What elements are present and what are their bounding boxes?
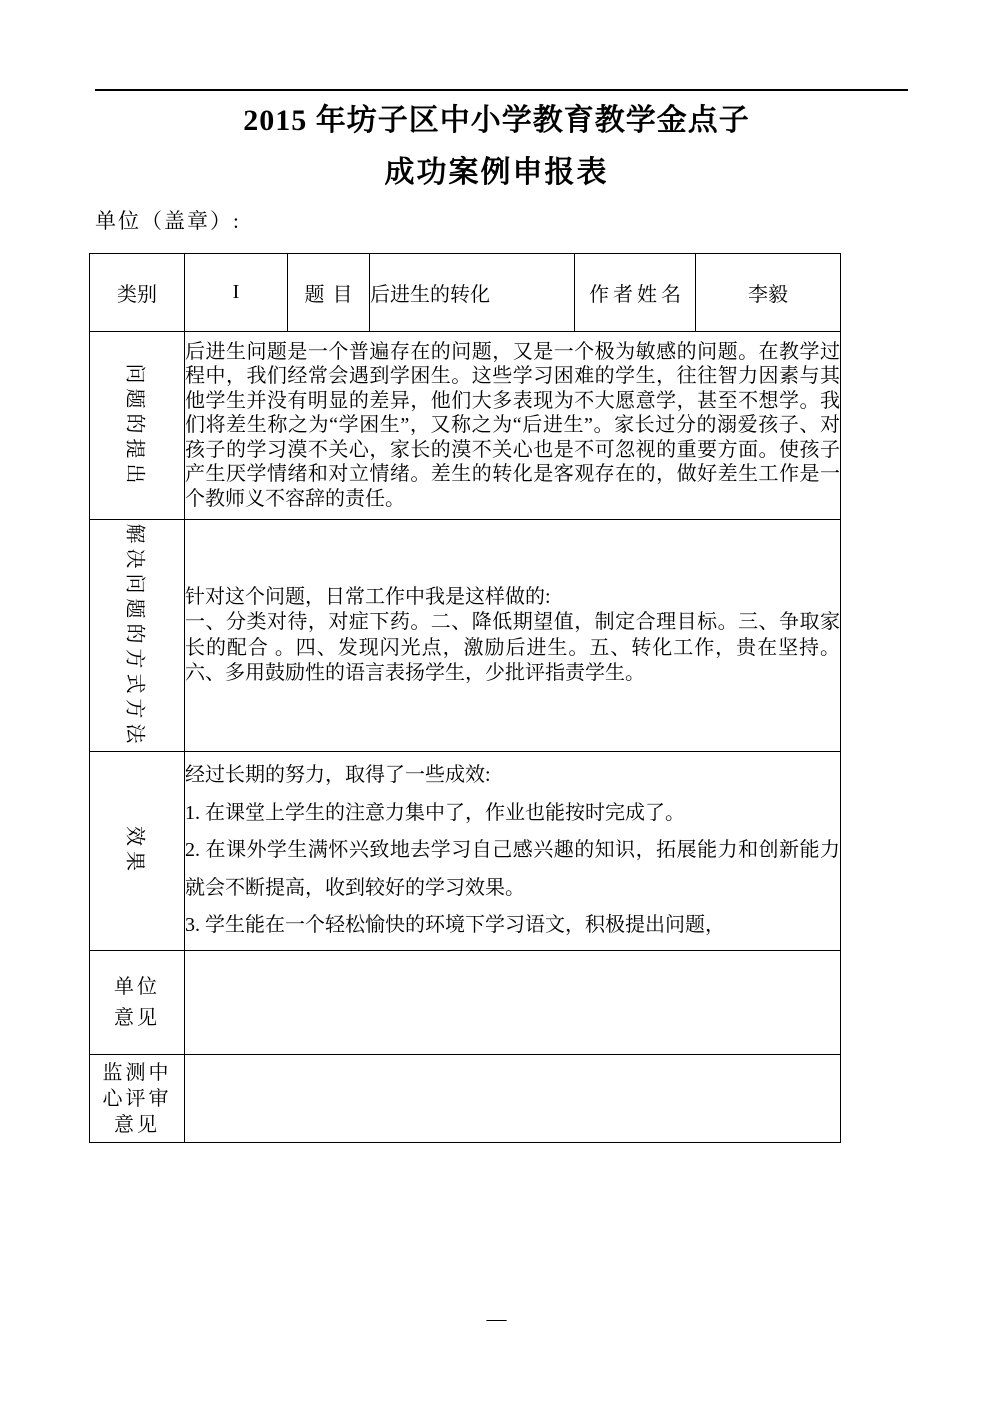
row-label-review-opinion: 监测中 心评审 意见	[90, 1055, 185, 1143]
effect-content-cell: 经过长期的努力，取得了一些成效: 1. 在课堂上学生的注意力集中了，作业也能按时…	[185, 752, 841, 951]
paragraph: 经过长期的努力，取得了一些成效:	[185, 757, 840, 794]
form-title-line1: 2015 年坊子区中小学教育教学金点子	[0, 101, 993, 141]
category-label-cell: 类别	[90, 254, 185, 332]
topic-label-cell: 题目	[288, 254, 370, 332]
effect-row: 效果 经过长期的努力，取得了一些成效: 1. 在课堂上学生的注意力集中了，作业也…	[90, 752, 841, 951]
review-opinion-row: 监测中 心评审 意见	[90, 1055, 841, 1143]
solution-label-text: 解决问题的方式方法	[123, 523, 152, 748]
row-label-unit-opinion: 单位 意见	[90, 951, 185, 1055]
paragraph: 后进生问题是一个普遍存在的问题，又是一个极为敏感的问题。在教学过程中，我们经常会…	[185, 340, 840, 512]
unit-opinion-content-cell	[185, 951, 841, 1055]
header-row: 类别 I 题目 后进生的转化 作者姓名 李毅	[90, 254, 841, 332]
paragraph: 2. 在课外学生满怀兴致地去学习自己感兴趣的知识，拓展能力和创新能力就会不断提高…	[185, 832, 840, 907]
author-label-cell: 作者姓名	[575, 254, 696, 332]
row-label-problem: 问题的提出	[90, 332, 185, 520]
category-value-cell: I	[185, 254, 288, 332]
document-page: 2015 年坊子区中小学教育教学金点子 成功案例申报表 单位（盖章）: 类别 I…	[0, 0, 993, 1404]
application-form-table: 类别 I 题目 后进生的转化 作者姓名 李毅 问题的提出 后进生问题是一个普遍存…	[89, 253, 841, 1143]
unit-opinion-label-text: 单位 意见	[90, 972, 184, 1034]
problem-row: 问题的提出 后进生问题是一个普遍存在的问题，又是一个极为敏感的问题。在教学过程中…	[90, 332, 841, 520]
row-label-solution: 解决问题的方式方法	[90, 520, 185, 752]
page-number-dash: —	[0, 1308, 993, 1331]
unit-opinion-row: 单位 意见	[90, 951, 841, 1055]
topic-value-cell: 后进生的转化	[370, 254, 575, 332]
header-rule	[95, 89, 908, 91]
effect-label-text: 效果	[123, 826, 152, 876]
author-value-cell: 李毅	[696, 254, 841, 332]
review-opinion-content-cell	[185, 1055, 841, 1143]
paragraph: 3. 学生能在一个轻松愉快的环境下学习语文，积极提出问题，	[185, 907, 840, 944]
problem-label-text: 问题的提出	[123, 363, 152, 488]
review-opinion-label-text: 监测中 心评审 意见	[90, 1060, 184, 1138]
solution-content-cell: 针对这个问题，日常工作中我是这样做的: 一、分类对待，对症下药。二、降低期望值，…	[185, 520, 841, 752]
paragraph: 一、分类对待，对症下药。二、降低期望值，制定合理目标。三、争取家长的配合 。四、…	[185, 610, 840, 687]
paragraph: 针对这个问题，日常工作中我是这样做的:	[185, 585, 840, 611]
row-label-effect: 效果	[90, 752, 185, 951]
solution-row: 解决问题的方式方法 针对这个问题，日常工作中我是这样做的: 一、分类对待，对症下…	[90, 520, 841, 752]
form-title-line2: 成功案例申报表	[0, 153, 993, 193]
problem-content-cell: 后进生问题是一个普遍存在的问题，又是一个极为敏感的问题。在教学过程中，我们经常会…	[185, 332, 841, 520]
paragraph: 1. 在课堂上学生的注意力集中了，作业也能按时完成了。	[185, 795, 840, 832]
unit-stamp-label: 单位（盖章）:	[95, 205, 241, 235]
